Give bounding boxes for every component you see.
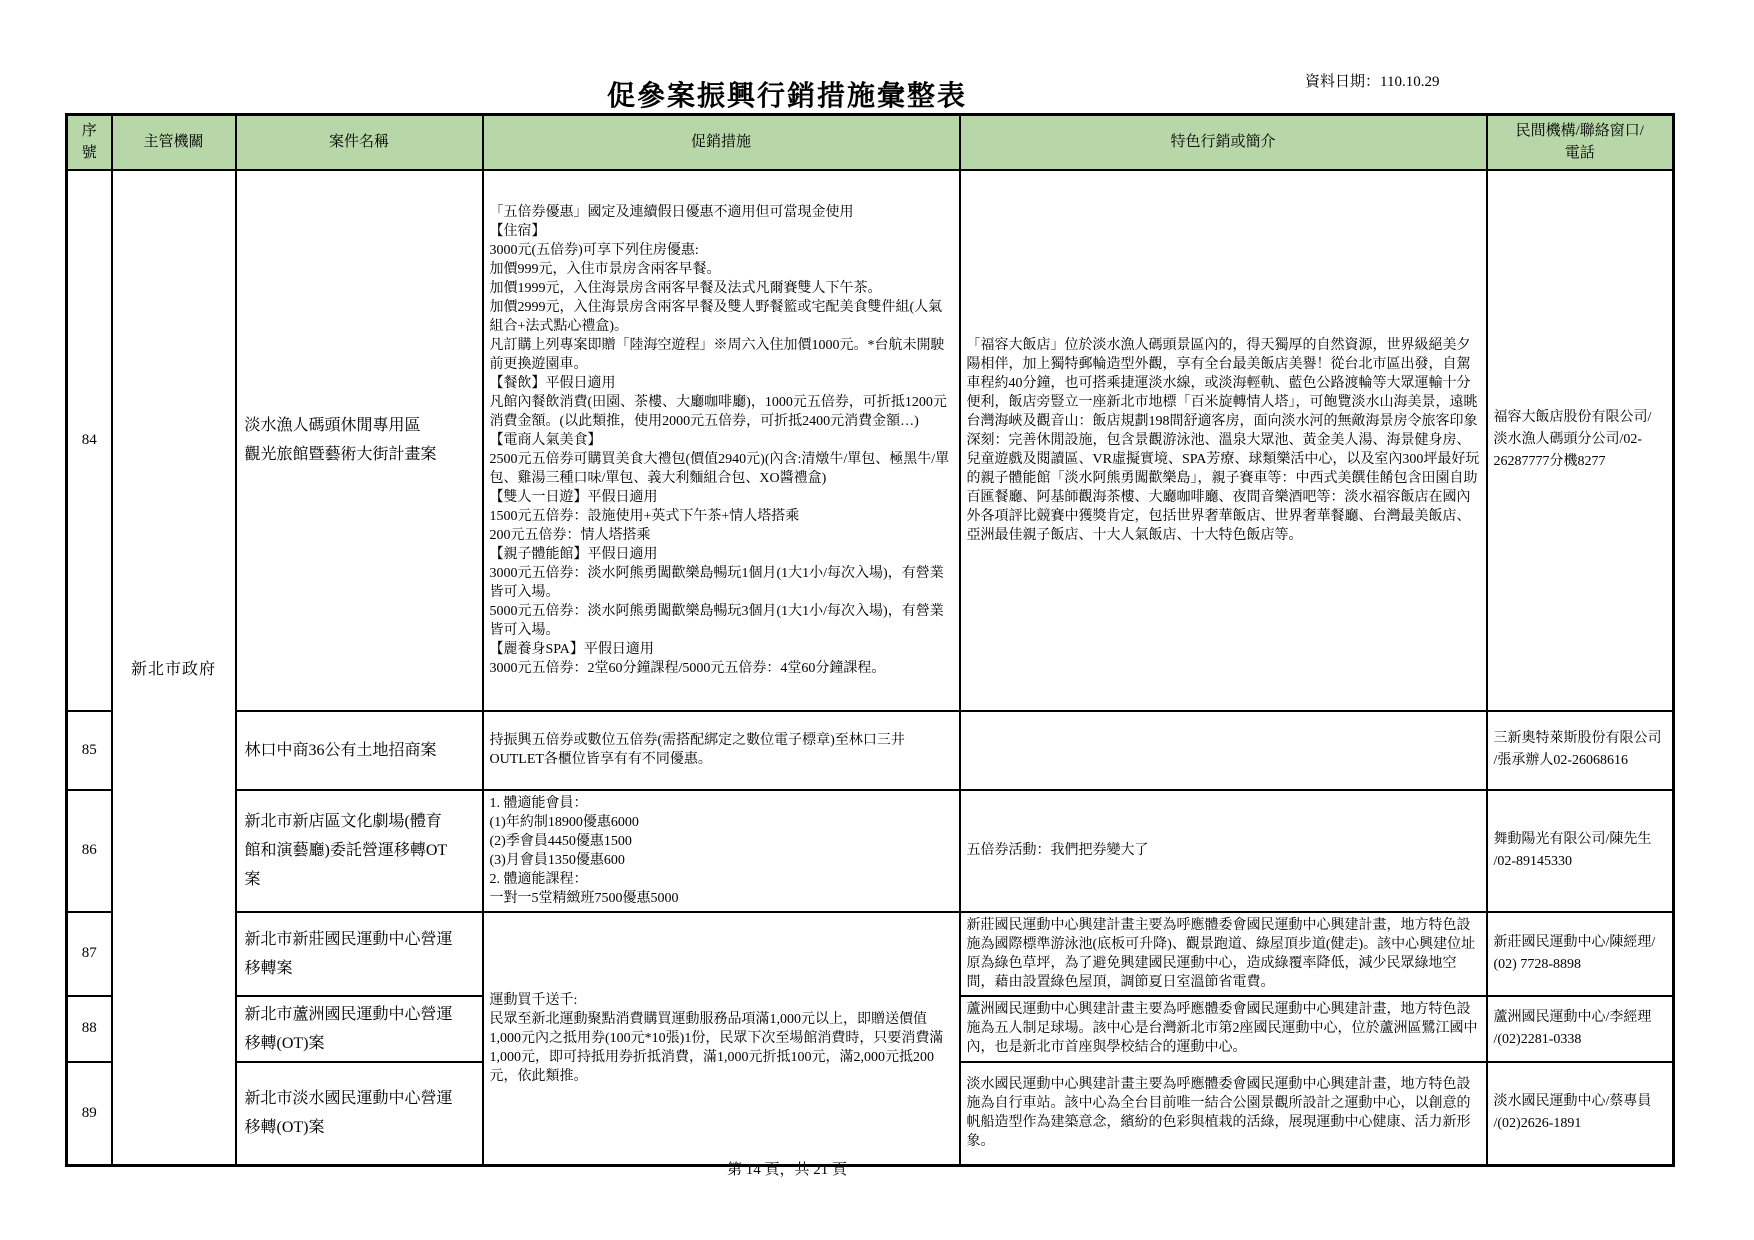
cell-feature-88: 蘆洲國民運動中心興建計畫主要為呼應體委會國民運動中心興建計畫，地方特色設施為五人… <box>960 996 1487 1062</box>
cell-no-85: 85 <box>67 711 112 790</box>
cell-promo-84: 「五倍券優惠」國定及連續假日優惠不適用但可當現金使用 【住宿】 3000元(五倍… <box>483 170 960 711</box>
cell-contact-89: 淡水國民運動中心/蔡專員 /(02)2626-1891 <box>1487 1062 1674 1166</box>
cell-case-86: 新北市新店區文化劇場(體育 館和演藝廳)委託營運移轉OT 案 <box>236 790 483 912</box>
summary-table: 序 號 主管機關 案件名稱 促銷措施 特色行銷或簡介 民間機構/聯絡窗口/ 電話… <box>65 113 1675 1167</box>
header-agency: 主管機關 <box>112 115 236 170</box>
table-row-84: 84 新北市政府 淡水漁人碼頭休閒專用區 觀光旅館暨藝術大街計畫案 「五倍券優惠… <box>67 170 1674 711</box>
cell-feature-85 <box>960 711 1487 790</box>
cell-no-86: 86 <box>67 790 112 912</box>
table-row-87: 87 新北市新莊國民運動中心營運 移轉案 運動買千送千: 民眾至新北運動聚點消費… <box>67 912 1674 996</box>
cell-promo-86: 1. 體適能會員： (1)年約制18900優惠6000 (2)季會員4450優惠… <box>483 790 960 912</box>
header-contact: 民間機構/聯絡窗口/ 電話 <box>1487 115 1674 170</box>
cell-case-85: 林口中商36公有土地招商案 <box>236 711 483 790</box>
cell-case-87: 新北市新莊國民運動中心營運 移轉案 <box>236 912 483 996</box>
cell-contact-88: 蘆洲國民運動中心/李經理 /(02)2281-0338 <box>1487 996 1674 1062</box>
cell-no-88: 88 <box>67 996 112 1062</box>
cell-feature-87: 新莊國民運動中心興建計畫主要為呼應體委會國民運動中心興建計畫，地方特色設施為國際… <box>960 912 1487 996</box>
table-row-85: 85 林口中商36公有土地招商案 持振興五倍券或數位五倍券(需搭配綁定之數位電子… <box>67 711 1674 790</box>
cell-feature-86: 五倍券活動：我們把券變大了 <box>960 790 1487 912</box>
table-body: 84 新北市政府 淡水漁人碼頭休閒專用區 觀光旅館暨藝術大街計畫案 「五倍券優惠… <box>67 170 1674 1166</box>
cell-case-84: 淡水漁人碼頭休閒專用區 觀光旅館暨藝術大街計畫案 <box>236 170 483 711</box>
cell-contact-84: 福容大飯店股份有限公司/ 淡水漁人碼頭分公司/02- 26287777分機827… <box>1487 170 1674 711</box>
header-no: 序 號 <box>67 115 112 170</box>
cell-contact-85: 三新奧特萊斯股份有限公司 /張承辦人02-26068616 <box>1487 711 1674 790</box>
page-number-footer: 第 14 頁，共 21 頁 <box>0 1158 1574 1179</box>
header-feature: 特色行銷或簡介 <box>960 115 1487 170</box>
cell-contact-87: 新莊國民運動中心/陳經理/ (02) 7728-8898 <box>1487 912 1674 996</box>
cell-case-88: 新北市蘆洲國民運動中心營運 移轉(OT)案 <box>236 996 483 1062</box>
document-page: 促參案振興行銷措施彙整表 資料日期：110.10.29 序 號 主管機關 案件名… <box>0 0 1754 1240</box>
cell-feature-84: 「福容大飯店」位於淡水漁人碼頭景區內的，得天獨厚的自然資源，世界級絕美夕陽相伴，… <box>960 170 1487 711</box>
cell-promo-85: 持振興五倍券或數位五倍券(需搭配綁定之數位電子標章)至林口三井OUTLET各櫃位… <box>483 711 960 790</box>
cell-no-87: 87 <box>67 912 112 996</box>
table-row-86: 86 新北市新店區文化劇場(體育 館和演藝廳)委託營運移轉OT 案 1. 體適能… <box>67 790 1674 912</box>
cell-no-84: 84 <box>67 170 112 711</box>
header-case-name: 案件名稱 <box>236 115 483 170</box>
header-promo: 促銷措施 <box>483 115 960 170</box>
data-date-label: 資料日期：110.10.29 <box>1305 70 1439 91</box>
cell-promo-87-89: 運動買千送千: 民眾至新北運動聚點消費購買運動服務品項滿1,000元以上，即贈送… <box>483 912 960 1166</box>
cell-feature-89: 淡水國民運動中心興建計畫主要為呼應體委會國民運動中心興建計畫，地方特色設施為自行… <box>960 1062 1487 1166</box>
cell-contact-86: 舞動陽光有限公司/陳先生 /02-89145330 <box>1487 790 1674 912</box>
cell-case-89: 新北市淡水國民運動中心營運 移轉(OT)案 <box>236 1062 483 1166</box>
cell-no-89: 89 <box>67 1062 112 1166</box>
cell-agency: 新北市政府 <box>112 170 236 1166</box>
table-header: 序 號 主管機關 案件名稱 促銷措施 特色行銷或簡介 民間機構/聯絡窗口/ 電話 <box>67 115 1674 170</box>
